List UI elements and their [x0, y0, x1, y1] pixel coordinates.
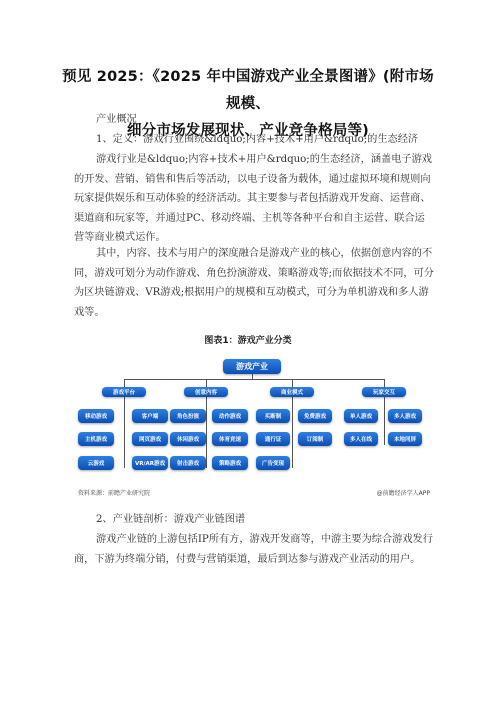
- leaf-node: 客户端: [132, 409, 168, 423]
- root-node: 游戏产业: [223, 359, 281, 374]
- connector: [124, 395, 125, 468]
- connector: [124, 379, 384, 380]
- leaf-node: 网页游戏: [132, 432, 168, 446]
- category-node: 创意内容: [184, 387, 228, 397]
- connector: [252, 373, 253, 380]
- leaf-node: 免费游戏: [298, 409, 332, 423]
- section-overview: 产业概况: [74, 110, 434, 130]
- leaf-node: 广告变现: [256, 456, 290, 470]
- leaf-node: 多人在线: [344, 432, 378, 446]
- connector: [292, 379, 293, 387]
- category-node: 游戏平台: [102, 387, 146, 397]
- leaf-node: VR/AR游戏: [132, 456, 168, 470]
- category-node: 玩家交互: [362, 387, 406, 397]
- definition-heading: 1、定义：游戏行业围绕&ldquo;内容+技术+用户&rdquo;的生态经济: [74, 130, 434, 150]
- figure-watermark: @前瞻经济学人APP: [377, 488, 430, 497]
- connector: [206, 379, 207, 387]
- paragraph-1: 游戏行业是&ldquo;内容+技术+用户&rdquo;的生态经济，涵盖电子游戏的…: [74, 150, 434, 248]
- leaf-node: 策略游戏: [212, 456, 248, 470]
- connector: [292, 395, 293, 468]
- industry-classification-diagram: 游戏产业 游戏平台 创意内容 商业模式 玩家交互 移动游戏 客户端 主机游戏 网…: [74, 355, 434, 485]
- connector: [384, 395, 385, 445]
- leaf-node: 体育竞速: [212, 432, 248, 446]
- leaf-node: 单人游戏: [344, 409, 378, 423]
- paragraph-3: 游戏产业链的上游包括IP所有方，游戏开发商等，中游主要为综合游戏发行商，下游为终…: [74, 530, 434, 569]
- leaf-node: 云游戏: [78, 456, 114, 470]
- leaf-node: 本地同屏: [388, 432, 422, 446]
- leaf-node: 角色扮演: [170, 409, 206, 423]
- category-node: 商业模式: [270, 387, 314, 397]
- leaf-node: 主机游戏: [78, 432, 114, 446]
- leaf-node: 通行证: [256, 432, 290, 446]
- connector: [124, 379, 125, 387]
- leaf-node: 射击游戏: [170, 456, 206, 470]
- leaf-node: 动作游戏: [212, 409, 248, 423]
- connector: [384, 379, 385, 387]
- figure-title: 图表1：游戏产业分类: [0, 333, 496, 346]
- chain-heading: 2、产业链剖析：游戏产业链图谱: [74, 510, 434, 530]
- leaf-node: 移动游戏: [78, 409, 114, 423]
- leaf-node: 买断制: [256, 409, 290, 423]
- paragraph-2: 其中，内容、技术与用户的深度融合是游戏产业的核心，依据创意内容的不同，游戏可划分…: [74, 244, 434, 322]
- leaf-node: 订阅制: [298, 432, 332, 446]
- leaf-node: 多人游戏: [388, 409, 422, 423]
- connector: [206, 395, 207, 468]
- figure-source: 资料来源：前瞻产业研究院: [78, 488, 150, 497]
- leaf-node: 休闲游戏: [170, 432, 206, 446]
